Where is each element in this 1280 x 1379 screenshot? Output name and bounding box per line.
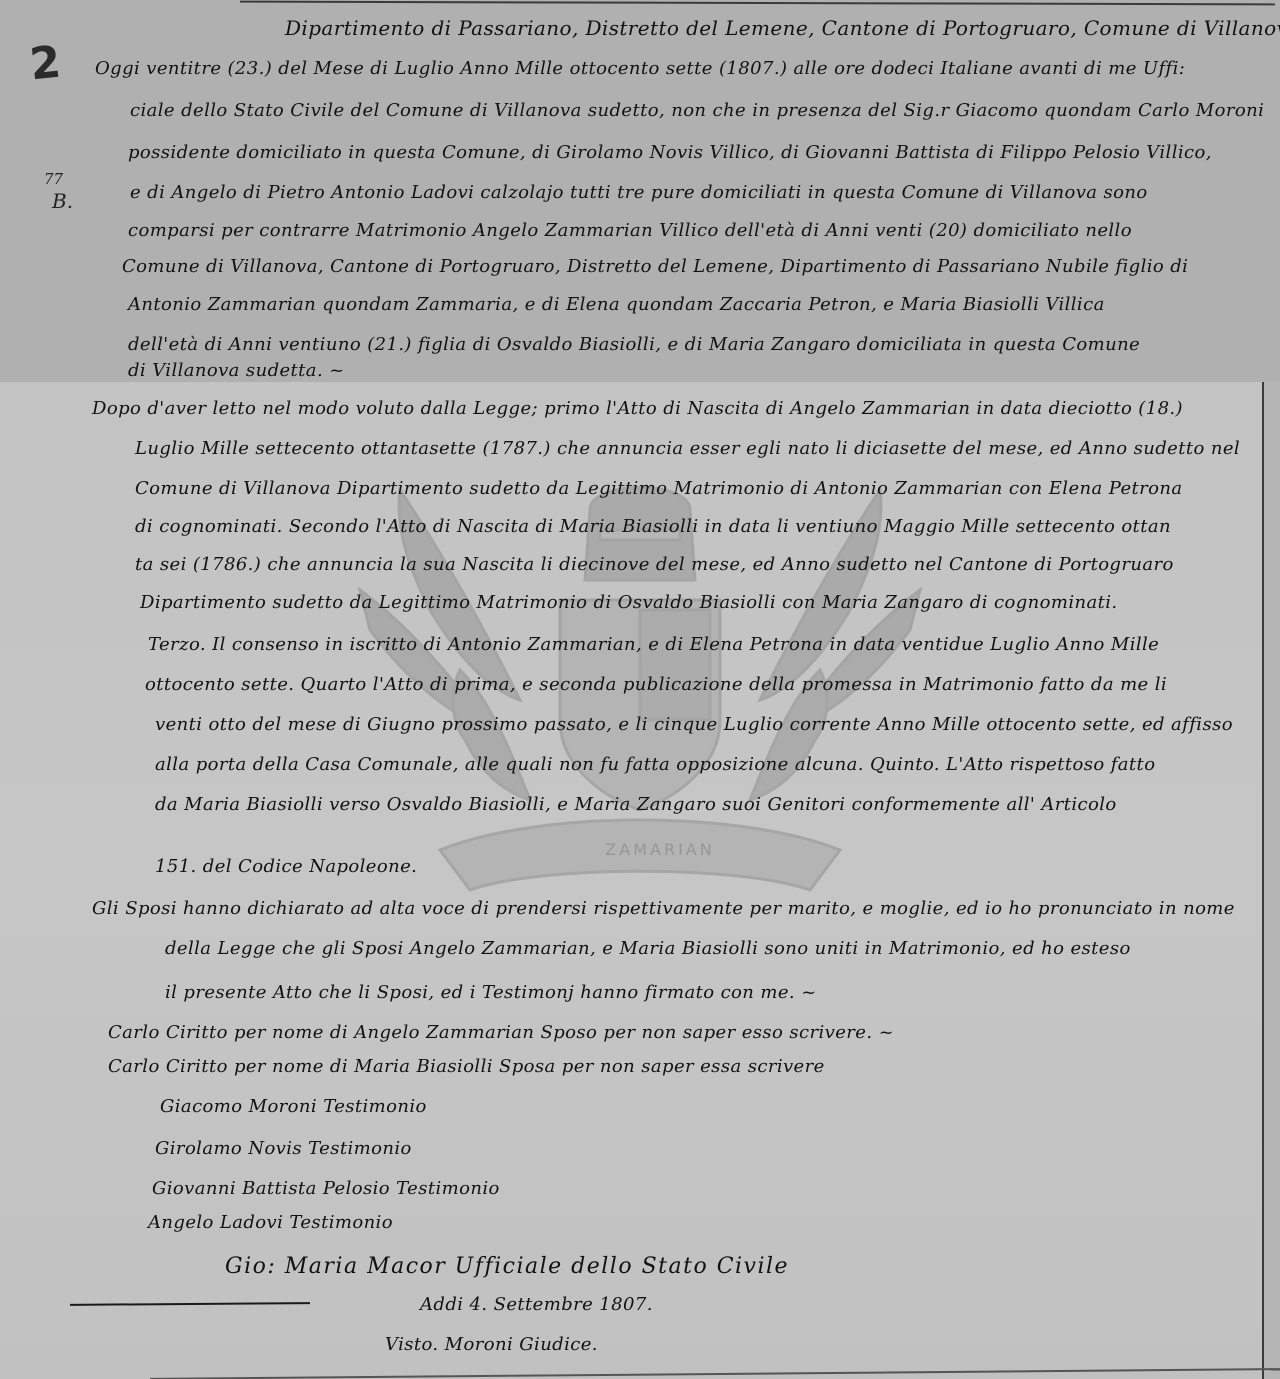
margin-note: 77 B. — [44, 170, 74, 210]
witness-signature: Giacomo Moroni Testimonio — [160, 1098, 427, 1116]
paragraph2-line: ta sei (1786.) che annuncia la sua Nasci… — [135, 556, 1174, 574]
paragraph1-line: di Villanova sudetta. ~ — [128, 362, 345, 380]
paragraph2-line: ottocento sette. Quarto l'Atto di prima,… — [145, 676, 1167, 694]
paragraph1-line: ciale dello Stato Civile del Comune di V… — [130, 102, 1264, 120]
paragraph2-line: Dipartimento sudetto da Legittimo Matrim… — [140, 594, 1118, 612]
paragraph2-line: Dopo d'aver letto nel modo voluto dalla … — [92, 400, 1183, 418]
watermark-text: ZAMARIAN — [560, 840, 760, 859]
paragraph1-line: e di Angelo di Pietro Antonio Ladovi cal… — [130, 184, 1148, 202]
paragraph1-line: Comune di Villanova, Cantone di Portogru… — [122, 258, 1188, 276]
paragraph2-line: Luglio Mille settecento ottantasette (17… — [135, 440, 1240, 458]
paragraph3-line: della Legge che gli Sposi Angelo Zammari… — [165, 940, 1131, 958]
witness-signature: Giovanni Battista Pelosio Testimonio — [152, 1180, 500, 1198]
paragraph3-line: Gli Sposi hanno dichiarato ad alta voce … — [92, 900, 1235, 918]
record-number: 2 — [27, 37, 63, 91]
paragraph1-line: Oggi ventitre (23.) del Mese di Luglio A… — [95, 60, 1185, 78]
paragraph2-line: 151. del Codice Napoleone. — [155, 858, 417, 876]
paragraph2-line: alla porta della Casa Comunale, alle qua… — [155, 756, 1155, 774]
document-scan: ZAMARIAN 2 77 B. Dipartimento di Passari… — [0, 0, 1280, 1379]
paragraph2-line: di cognominati. Secondo l'Atto di Nascit… — [135, 518, 1171, 536]
visto-line: Visto. Moroni Giudice. — [385, 1336, 598, 1354]
date-line: Addi 4. Settembre 1807. — [420, 1296, 653, 1314]
paragraph1-line: dell'età di Anni ventiuno (21.) figlia d… — [128, 336, 1140, 354]
proxy-signature: Carlo Ciritto per nome di Angelo Zammari… — [108, 1024, 894, 1042]
document-header: Dipartimento di Passariano, Distretto de… — [285, 18, 1280, 38]
paragraph3-line: il presente Atto che li Sposi, ed i Test… — [165, 984, 817, 1002]
margin-note-letter: B. — [52, 192, 74, 210]
paragraph2-line: Terzo. Il consenso in iscritto di Antoni… — [148, 636, 1159, 654]
paragraph2-line: da Maria Biasiolli verso Osvaldo Biasiol… — [155, 796, 1117, 814]
top-rule-line — [240, 1, 1275, 6]
paragraph2-line: venti otto del mese di Giugno prossimo p… — [155, 716, 1233, 734]
page-edge — [1264, 382, 1280, 1379]
proxy-signature: Carlo Ciritto per nome di Maria Biasioll… — [108, 1058, 825, 1076]
paragraph1-line: Antonio Zammarian quondam Zammaria, e di… — [128, 296, 1105, 314]
witness-signature: Angelo Ladovi Testimonio — [148, 1214, 393, 1232]
officer-signature: Gio: Maria Macor Ufficiale dello Stato C… — [225, 1256, 789, 1278]
margin-note-number: 77 — [44, 170, 63, 188]
paragraph1-line: comparsi per contrarre Matrimonio Angelo… — [128, 222, 1132, 240]
paragraph2-line: Comune di Villanova Dipartimento sudetto… — [135, 480, 1183, 498]
witness-signature: Girolamo Novis Testimonio — [155, 1140, 412, 1158]
paragraph1-line: possidente domiciliato in questa Comune,… — [128, 144, 1212, 162]
